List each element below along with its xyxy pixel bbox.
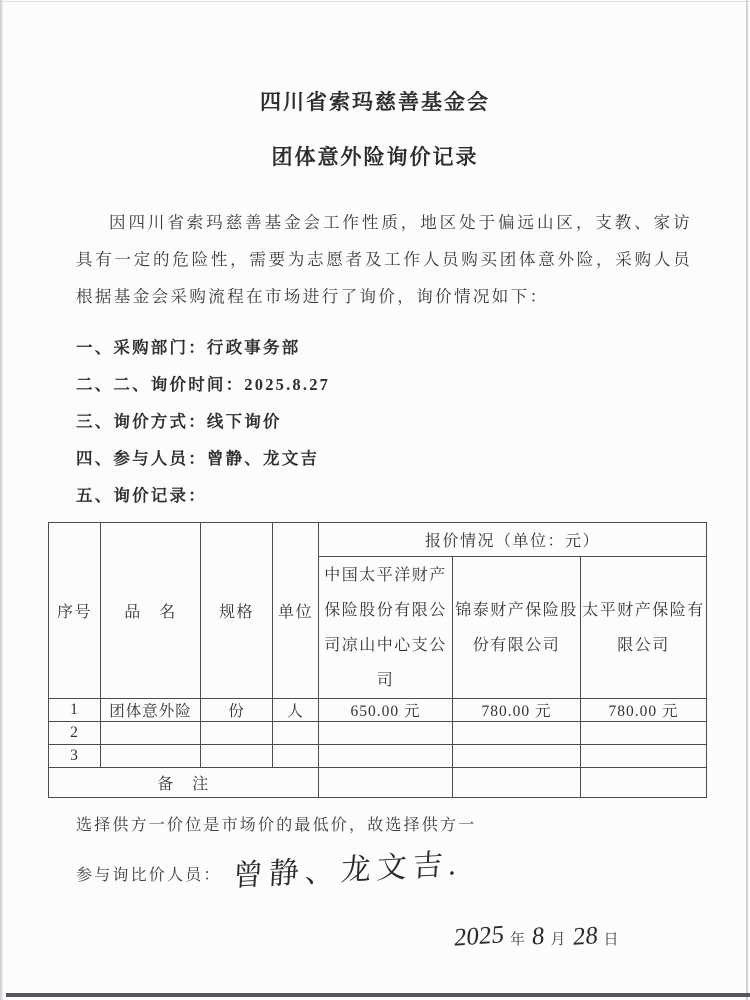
cell-remark-quote-1 [319,768,453,798]
cell-row3-name [101,745,201,768]
table-header-quote-span: 报价情况（单位：元） [319,523,707,557]
cell-row1-quote-1: 650.00 元 [319,699,453,722]
conclusion-text: 选择供方一价位是市场价的最低价，故选择供方一 [76,815,750,837]
cell-row1-no: 1 [49,699,101,722]
cell-row3-unit [273,745,319,768]
cell-row3-spec [201,745,273,768]
cell-row2-unit [273,722,319,745]
table-header-unit: 单位 [273,523,319,699]
date-day-label: 日 [604,928,620,949]
cell-row1-spec: 份 [201,699,273,722]
scan-edge-bottom [6,993,750,997]
numbered-list: 一、采购部门：行政事务部 二、二、询价时间：2025.8.27 三、询价方式：线… [76,329,750,514]
cell-row3-quote-3 [581,745,707,768]
list-item-inquiry-record: 五、询价记录： [76,477,750,514]
table-row-3: 3 [49,745,707,768]
list-item-inquiry-time: 二、二、询价时间：2025.8.27 [76,366,750,403]
cell-row3-no: 3 [49,745,101,768]
intro-paragraph: 因四川省索玛慈善基金会工作性质，地区处于偏远山区，支教、家访具有一定的危险性，需… [76,204,692,315]
table-header-name: 品 名 [101,523,201,699]
cell-row1-unit: 人 [273,699,319,722]
cell-remark-quote-3 [581,768,707,798]
cell-row2-no: 2 [49,722,101,745]
scanned-document-page: 四川省索玛慈善基金会 团体意外险询价记录 因四川省索玛慈善基金会工作性质，地区处… [0,0,750,1000]
cell-remark-label: 备 注 [49,768,319,798]
scan-edge-right [746,0,748,1000]
cell-row1-quote-2: 780.00 元 [453,699,581,722]
list-item-purchase-department: 一、采购部门：行政事务部 [76,329,750,366]
scan-edge-left [0,0,3,1000]
cell-row2-quote-2 [453,722,581,745]
doc-title-line2: 团体意外险询价记录 [0,147,750,168]
cell-row1-name: 团体意外险 [101,699,201,722]
cell-row2-spec [201,722,273,745]
scan-edge-top [0,1,750,2]
date-day-handwritten: 28 [572,922,599,952]
cell-row3-quote-1 [319,745,453,768]
date-month-label: 月 [551,928,567,949]
table-header-company-1: 中国太平洋财产保险股份有限公司凉山中心支公司 [319,557,453,699]
date-line: 2025 年 8 月 28 日 [448,923,750,951]
cell-remark-quote-2 [453,768,581,798]
date-month-handwritten: 8 [531,923,545,952]
list-item-inquiry-method: 三、询价方式：线下询价 [76,403,750,440]
list-item-participants: 四、参与人员：曾静、龙文吉 [76,440,750,477]
participants-line: 参与询比价人员： 曾静、龙文吉. [76,849,750,897]
cell-row3-quote-2 [453,745,581,768]
date-year-handwritten: 2025 [453,922,505,954]
table-header-company-3: 太平财产保险有限公司 [581,557,707,699]
table-row-1: 1 团体意外险 份 人 650.00 元 780.00 元 780.00 元 [49,699,707,722]
signature-handwriting: 曾静、龙文吉. [232,839,464,895]
table-header-no: 序号 [49,523,101,699]
inquiry-table: 序号 品 名 规格 单位 报价情况（单位：元） 中国太平洋财产保险股份有限公司凉… [48,522,707,798]
participants-label: 参与询比价人员： [76,862,222,885]
document-titles: 四川省索玛慈善基金会 团体意外险询价记录 [0,92,750,168]
cell-row1-quote-3: 780.00 元 [581,699,707,722]
cell-row2-quote-1 [319,722,453,745]
table-row-2: 2 [49,722,707,745]
cell-row2-name [101,722,201,745]
table-header-company-2: 锦泰财产保险股份有限公司 [453,557,581,699]
cell-row2-quote-3 [581,722,707,745]
date-year-label: 年 [510,928,526,949]
doc-title-line1: 四川省索玛慈善基金会 [0,92,750,113]
table-remark-row: 备 注 [49,768,707,798]
table-header-spec: 规格 [201,523,273,699]
